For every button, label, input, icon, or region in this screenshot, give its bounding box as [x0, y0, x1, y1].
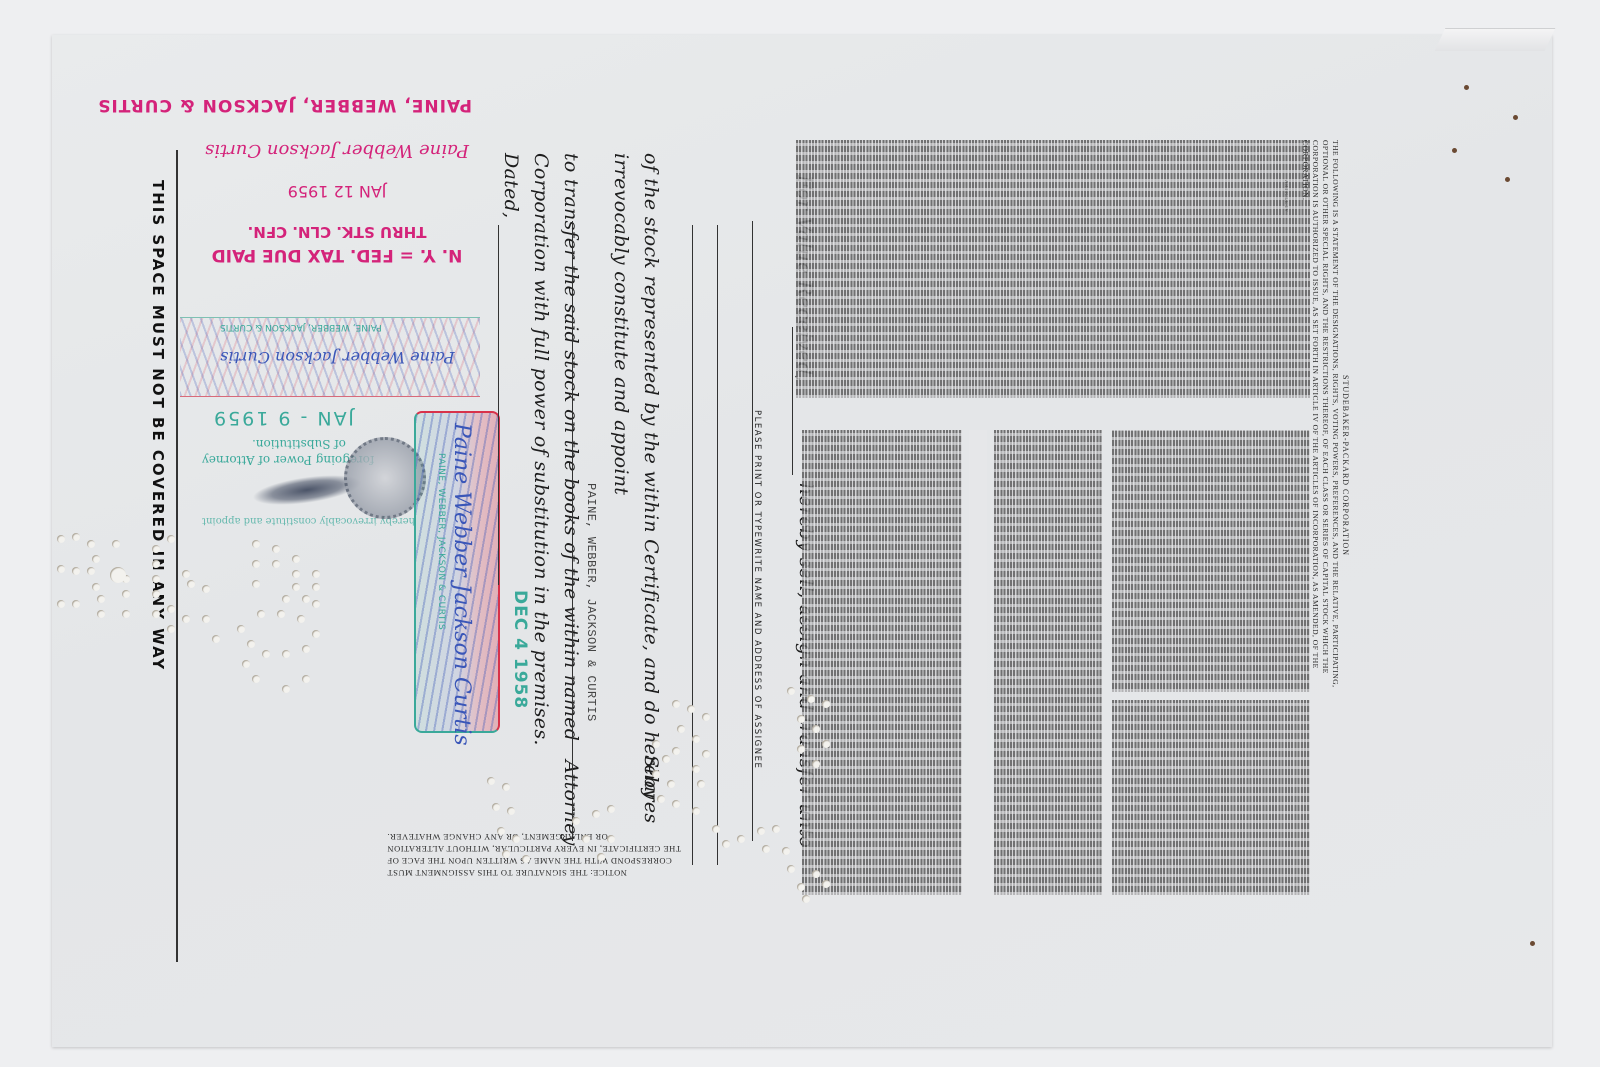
perforation-hole [97, 610, 105, 618]
perforation-hole [72, 600, 80, 608]
perforation-hole [762, 845, 770, 853]
perforation-hole [812, 725, 820, 733]
text-block-middle-right [1112, 430, 1310, 692]
damage-spot [1452, 148, 1457, 153]
perforation-hole [57, 600, 65, 608]
perforation-hole [802, 895, 810, 903]
notice-line1: NOTICE: THE SIGNATURE TO THIS ASSIGNMENT… [387, 868, 627, 878]
dated-stamp: DEC 4 1958 [510, 590, 530, 709]
perforation-hole [252, 675, 260, 683]
perforation-hole [677, 725, 685, 733]
perforation-hole [302, 595, 310, 603]
perforation-hole [702, 713, 710, 721]
perforation-hole [152, 610, 160, 618]
damage-spot [1505, 177, 1510, 182]
perforation-hole [797, 883, 805, 891]
perforation-hole [487, 777, 495, 785]
dated-line[interactable] [498, 225, 499, 585]
perforation-hole [672, 800, 680, 808]
perforation-hole [312, 630, 320, 638]
perforation-hole [822, 880, 830, 888]
tax-stamp-line2: THRU STK. CLN. CFN. [202, 223, 472, 241]
perforation-hole [182, 615, 190, 623]
perforation-hole [512, 835, 520, 843]
perforation-hole [657, 795, 665, 803]
perforation-hole [202, 585, 210, 593]
perforation-hole [167, 605, 175, 613]
perforation-hole [607, 835, 615, 843]
attorney-line[interactable] [572, 221, 573, 841]
guarantee-band-signature: Paine Webber Jackson Curtis [220, 348, 455, 367]
perforation-hole [522, 855, 530, 863]
perforation-hole [302, 675, 310, 683]
perforation-hole [582, 835, 590, 843]
perforation-hole [672, 700, 680, 708]
perforation-hole [167, 535, 175, 543]
perforation-hole [722, 840, 730, 848]
damage-spot [1513, 115, 1518, 120]
assignee-line-2[interactable] [752, 221, 753, 841]
perforation-hole [492, 803, 500, 811]
perforation-hole [292, 570, 300, 578]
perforation-hole [812, 760, 820, 768]
damage-spot [1464, 85, 1469, 90]
guarantee-band-firm: PAINE, WEBBER, JACKSON & CURTIS [220, 322, 382, 332]
perforation-hole [312, 570, 320, 578]
perforation-hole [282, 595, 290, 603]
perforation-hole [252, 560, 260, 568]
tax-stamp-date: JAN 12 1959 [202, 182, 472, 201]
stock-certificate-back: THIS SPACE MUST NOT BE COVERED IN ANY WA… [52, 35, 1552, 1047]
perforation-hole [692, 735, 700, 743]
corporation-power-text: Corporation with full power of substitut… [530, 153, 552, 746]
perforation-hole [797, 715, 805, 723]
text-block-top [796, 140, 1310, 398]
perforation-hole [507, 807, 515, 815]
text-block-middle-center [994, 430, 1102, 895]
perforation-hole [152, 545, 160, 553]
perforation-hole [822, 700, 830, 708]
perforation-hole [687, 705, 695, 713]
perforation-hole [292, 583, 300, 591]
perforation-hole [812, 870, 820, 878]
corporation-name: STUDEBAKER-PACKARD CORPORATION [1341, 375, 1350, 556]
tax-stamp-line1: N. Y. = FED. TAX DUE PAID [202, 245, 472, 265]
perforation-hole [662, 755, 670, 763]
damage-spot [1530, 941, 1535, 946]
perforation-hole [572, 817, 580, 825]
perforation-hole [787, 687, 795, 695]
perforation-hole [502, 850, 510, 858]
perforation-hole [772, 825, 780, 833]
perforation-hole [277, 610, 285, 618]
perforation-hole [297, 615, 305, 623]
notice-line3: THE CERTIFICATE, IN EVERY PARTICULAR, WI… [387, 844, 681, 854]
perforation-hole [807, 695, 815, 703]
perforation-hole [57, 535, 65, 543]
perforation-hole [497, 827, 505, 835]
to-transfer-text: to transfer the said stock on the books … [560, 153, 582, 741]
attorney-name: PAINE, WEBBER, JACKSON & CURTIS [584, 483, 598, 722]
assignee-line-1[interactable] [717, 225, 718, 865]
perforation-hole [667, 780, 675, 788]
substitution-line1: of Substitution. [252, 437, 346, 451]
perforation-hole [797, 745, 805, 753]
perforation-hole [72, 567, 80, 575]
perforation-hole [257, 610, 265, 618]
perforation-hole [152, 560, 160, 568]
perforation-hole [112, 540, 120, 548]
perforation-hole [597, 853, 605, 861]
guarantee-stamp-firm: PAINE, WEBBER, JACKSON & CURTIS [436, 453, 446, 630]
guarantee-stamp-signature: Paine Webber Jackson Curtis [449, 423, 474, 746]
tax-stamp-firm: PAINE, WEBBER, JACKSON & CURTIS [202, 95, 472, 115]
statement-text: THE FOLLOWING IS A STATEMENT OF THE DESI… [1300, 140, 1340, 700]
perforation-hole-large [110, 567, 126, 583]
perforation-hole [202, 615, 210, 623]
perforation-hole [92, 555, 100, 563]
perforation-hole [702, 750, 710, 758]
perforation-hole [182, 570, 190, 578]
perforation-hole [247, 640, 255, 648]
perforation-hole [72, 533, 80, 541]
substitution-date: JAN - 9 1959 [212, 407, 354, 429]
perforation-hole [712, 825, 720, 833]
perforation-hole [122, 610, 130, 618]
perforation-hole [782, 847, 790, 855]
perforation-hole [282, 650, 290, 658]
perforation-hole [787, 865, 795, 873]
perforation-hole [272, 545, 280, 553]
perforation-hole [87, 567, 95, 575]
perforation-hole [652, 740, 660, 748]
perforation-hole [272, 560, 280, 568]
article-label: ARTICLE IV [1283, 180, 1288, 212]
perforation-hole [592, 810, 600, 818]
margin-rule [176, 150, 178, 962]
perforation-hole [692, 765, 700, 773]
perforation-hole [252, 540, 260, 548]
tax-stamp-signature: Paine Webber Jackson Curtis [202, 140, 472, 161]
perforation-hole [757, 827, 765, 835]
perforation-hole [312, 600, 320, 608]
of-the-stock-text: of the stock represented by the within C… [640, 153, 662, 800]
perforation-hole [57, 565, 65, 573]
perforation-hole [697, 780, 705, 788]
perforation-hole [152, 575, 160, 583]
perforation-hole [302, 645, 310, 653]
perforation-hole [122, 590, 130, 598]
paper-curl [1435, 28, 1556, 51]
perforation-hole [292, 555, 300, 563]
perforation-hole [237, 625, 245, 633]
perforation-hole [212, 635, 220, 643]
print-name-label: PLEASE PRINT OR TYPEWRITE NAME AND ADDRE… [752, 410, 762, 769]
text-block-bottom-right [1112, 700, 1310, 895]
perforation-hole [152, 590, 160, 598]
perforation-hole [502, 783, 510, 791]
perforation-hole [312, 583, 320, 591]
perforation-hole [692, 807, 700, 815]
guarantee-stamp: PAINE, WEBBER, JACKSON & CURTIS Paine We… [414, 411, 500, 733]
perforation-hole [242, 660, 250, 668]
perforation-hole [822, 740, 830, 748]
text-block-middle-left [802, 430, 962, 895]
assignee-line-top[interactable] [792, 327, 793, 475]
perforation-hole [652, 770, 660, 778]
irrevocably-text: irrevocably constitute and appoint [610, 153, 632, 495]
guarantee-band: PAINE, WEBBER, JACKSON & CURTIS Paine We… [180, 317, 480, 397]
perforation-hole [262, 650, 270, 658]
perforation-hole [167, 625, 175, 633]
perforation-hole [97, 595, 105, 603]
perforation-hole [87, 540, 95, 548]
perforation-hole [607, 805, 615, 813]
perforation-hole [282, 685, 290, 693]
perforation-hole [737, 835, 745, 843]
perforation-hole [187, 580, 195, 588]
perforation-hole [252, 580, 260, 588]
shares-label: Shares [640, 755, 662, 823]
dated-label: Dated, [500, 153, 522, 218]
perforation-hole [672, 747, 680, 755]
perforation-hole [92, 583, 100, 591]
